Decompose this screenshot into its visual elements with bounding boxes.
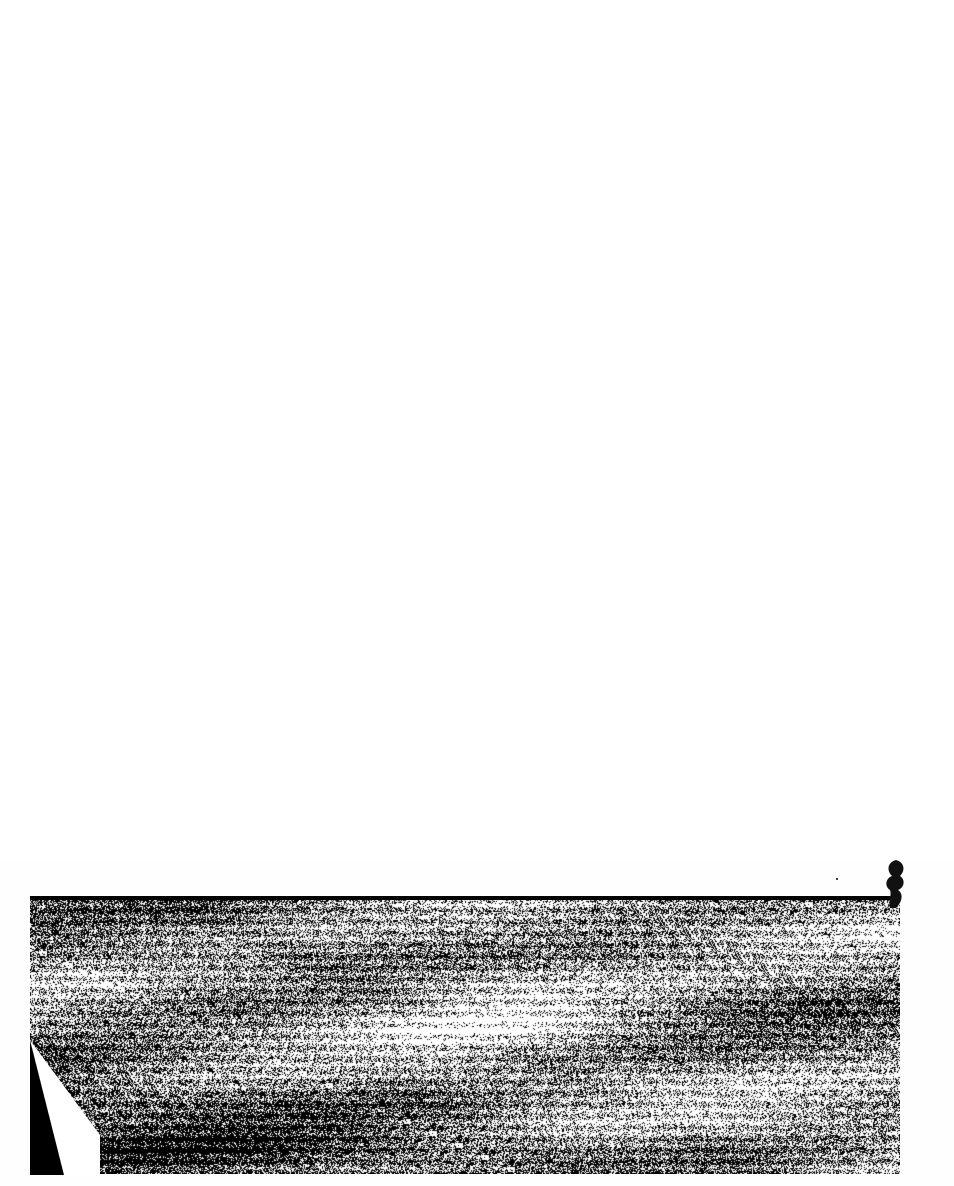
dust-speck xyxy=(836,878,838,880)
dust-speck xyxy=(596,1166,598,1168)
blank-page-area xyxy=(0,0,954,860)
scan-shadow-wedge xyxy=(30,1040,100,1175)
illegible-scanned-text-block xyxy=(30,896,900,1174)
scan-artifact-blob xyxy=(880,858,908,910)
scan-edge-rule xyxy=(30,896,892,900)
scanned-page xyxy=(0,0,954,1186)
